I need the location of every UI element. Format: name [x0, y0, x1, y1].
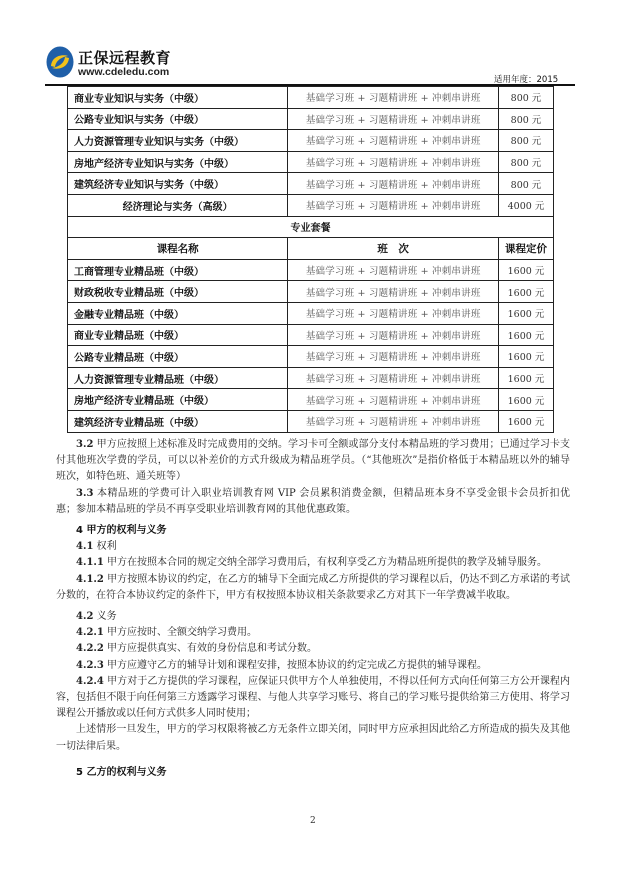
fee-table: 商业专业知识与实务（中级） 基础学习班 + 习题精讲班 + 冲刺串讲班 800 … [67, 86, 554, 433]
section-title: 专业套餐 [68, 216, 554, 238]
clause-3-3: 3.3 本精品班的学费可计入职业培训教育网 VIP 会员累积消费金额，但精品班本… [56, 486, 570, 518]
contract-body: 3.2 甲方应按照上述标准及时完成费用的交纳。学习卡可全额或部分支付本精品班的学… [56, 437, 570, 781]
brand-url: www.cdeledu.com [78, 66, 169, 78]
section-4-title: 4 甲方的权利与义务 [56, 523, 570, 539]
course-classes: 基础学习班 + 习题精讲班 + 冲刺串讲班 [288, 130, 499, 152]
clause-4-1: 4.1 权利 [56, 539, 570, 555]
clause-3-2: 3.2 甲方应按照上述标准及时完成费用的交纳。学习卡可全额或部分支付本精品班的学… [56, 437, 570, 486]
package-classes: 基础学习班 + 习题精讲班 + 冲刺串讲班 [288, 389, 499, 411]
table-row: 人力资源管理专业精品班（中级） 基础学习班 + 习题精讲班 + 冲刺串讲班 16… [68, 367, 554, 389]
course-name: 经济理论与实务（高级） [68, 194, 288, 216]
course-price: 4000 元 [498, 194, 553, 216]
section-5-title: 5 乙方的权利与义务 [56, 765, 570, 781]
package-name: 工商管理专业精品班（中级） [68, 259, 288, 281]
course-price: 800 元 [498, 130, 553, 152]
package-price: 1600 元 [498, 410, 553, 432]
table-row: 房地产经济专业精品班（中级） 基础学习班 + 习题精讲班 + 冲刺串讲班 160… [68, 389, 554, 411]
brand-name: 正保远程教育 [78, 47, 171, 68]
package-price: 1600 元 [498, 389, 553, 411]
table-row: 建筑经济专业知识与实务（中级） 基础学习班 + 习题精讲班 + 冲刺串讲班 80… [68, 173, 554, 195]
package-classes: 基础学习班 + 习题精讲班 + 冲刺串讲班 [288, 324, 499, 346]
package-classes: 基础学习班 + 习题精讲班 + 冲刺串讲班 [288, 410, 499, 432]
consequence-paragraph: 上述情形一旦发生，甲方的学习权限将被乙方无条件立即关闭，同时甲方应承担因此给乙方… [56, 722, 570, 754]
package-name: 金融专业精品班（中级） [68, 302, 288, 324]
table-row: 商业专业精品班（中级） 基础学习班 + 习题精讲班 + 冲刺串讲班 1600 元 [68, 324, 554, 346]
package-price: 1600 元 [498, 324, 553, 346]
table-row: 商业专业知识与实务（中级） 基础学习班 + 习题精讲班 + 冲刺串讲班 800 … [68, 87, 554, 109]
clause-4-1-1: 4.1.1 甲方在按照本合同的规定交纳全部学习费用后，有权利享受乙方为精品班所提… [56, 555, 570, 571]
package-classes: 基础学习班 + 习题精讲班 + 冲刺串讲班 [288, 346, 499, 368]
course-price: 800 元 [498, 173, 553, 195]
table-row: 经济理论与实务（高级） 基础学习班 + 习题精讲班 + 冲刺串讲班 4000 元 [68, 194, 554, 216]
table-row: 建筑经济专业精品班（中级） 基础学习班 + 习题精讲班 + 冲刺串讲班 1600… [68, 410, 554, 432]
package-classes: 基础学习班 + 习题精讲班 + 冲刺串讲班 [288, 259, 499, 281]
course-classes: 基础学习班 + 习题精讲班 + 冲刺串讲班 [288, 108, 499, 130]
course-name: 人力资源管理专业知识与实务（中级） [68, 130, 288, 152]
package-name: 公路专业精品班（中级） [68, 346, 288, 368]
package-name: 人力资源管理专业精品班（中级） [68, 367, 288, 389]
page-number: 2 [310, 816, 316, 826]
table-row: 人力资源管理专业知识与实务（中级） 基础学习班 + 习题精讲班 + 冲刺串讲班 … [68, 130, 554, 152]
package-classes: 基础学习班 + 习题精讲班 + 冲刺串讲班 [288, 281, 499, 303]
header-row: 课程名称 班 次 课程定价 [68, 238, 554, 260]
table-row: 公路专业知识与实务（中级） 基础学习班 + 习题精讲班 + 冲刺串讲班 800 … [68, 108, 554, 130]
clause-4-2: 4.2 义务 [56, 609, 570, 625]
column-header-price: 课程定价 [498, 238, 553, 260]
package-classes: 基础学习班 + 习题精讲班 + 冲刺串讲班 [288, 367, 499, 389]
package-price: 1600 元 [498, 367, 553, 389]
course-classes: 基础学习班 + 习题精讲班 + 冲刺串讲班 [288, 151, 499, 173]
clause-4-2-1: 4.2.1 甲方应按时、全额交纳学习费用。 [56, 625, 570, 641]
column-header-name: 课程名称 [68, 238, 288, 260]
course-price: 800 元 [498, 108, 553, 130]
package-name: 建筑经济专业精品班（中级） [68, 410, 288, 432]
package-price: 1600 元 [498, 302, 553, 324]
table-row: 财政税收专业精品班（中级） 基础学习班 + 习题精讲班 + 冲刺串讲班 1600… [68, 281, 554, 303]
package-price: 1600 元 [498, 346, 553, 368]
course-name: 房地产经济专业知识与实务（中级） [68, 151, 288, 173]
page-header: 正保远程教育 www.cdeledu.com 适用年度：2015 [0, 0, 627, 86]
clause-4-2-2: 4.2.2 甲方应提供真实、有效的身份信息和考试分数。 [56, 641, 570, 657]
course-classes: 基础学习班 + 习题精讲班 + 冲刺串讲班 [288, 87, 499, 109]
course-classes: 基础学习班 + 习题精讲班 + 冲刺串讲班 [288, 194, 499, 216]
package-name: 财政税收专业精品班（中级） [68, 281, 288, 303]
course-name: 商业专业知识与实务（中级） [68, 87, 288, 109]
package-price: 1600 元 [498, 259, 553, 281]
course-price: 800 元 [498, 151, 553, 173]
table-row: 工商管理专业精品班（中级） 基础学习班 + 习题精讲班 + 冲刺串讲班 1600… [68, 259, 554, 281]
clause-4-1-2: 4.1.2 甲方按照本协议的约定，在乙方的辅导下全面完成乙方所提供的学习课程以后… [56, 572, 570, 604]
course-name: 公路专业知识与实务（中级） [68, 108, 288, 130]
package-classes: 基础学习班 + 习题精讲班 + 冲刺串讲班 [288, 302, 499, 324]
package-name: 房地产经济专业精品班（中级） [68, 389, 288, 411]
clause-4-2-3: 4.2.3 甲方应遵守乙方的辅导计划和课程安排，按照本协议的约定完成乙方提供的辅… [56, 658, 570, 674]
package-price: 1600 元 [498, 281, 553, 303]
section-row: 专业套餐 [68, 216, 554, 238]
cdeledu-logo-icon [46, 46, 74, 78]
table-row: 公路专业精品班（中级） 基础学习班 + 习题精讲班 + 冲刺串讲班 1600 元 [68, 346, 554, 368]
table-row: 金融专业精品班（中级） 基础学习班 + 习题精讲班 + 冲刺串讲班 1600 元 [68, 302, 554, 324]
package-name: 商业专业精品班（中级） [68, 324, 288, 346]
table-row: 房地产经济专业知识与实务（中级） 基础学习班 + 习题精讲班 + 冲刺串讲班 8… [68, 151, 554, 173]
clause-4-2-4: 4.2.4 甲方对于乙方提供的学习课程，应保证只供甲方个人单独使用，不得以任何方… [56, 674, 570, 723]
course-classes: 基础学习班 + 习题精讲班 + 冲刺串讲班 [288, 173, 499, 195]
course-price: 800 元 [498, 87, 553, 109]
column-header-classes: 班 次 [288, 238, 499, 260]
course-name: 建筑经济专业知识与实务（中级） [68, 173, 288, 195]
